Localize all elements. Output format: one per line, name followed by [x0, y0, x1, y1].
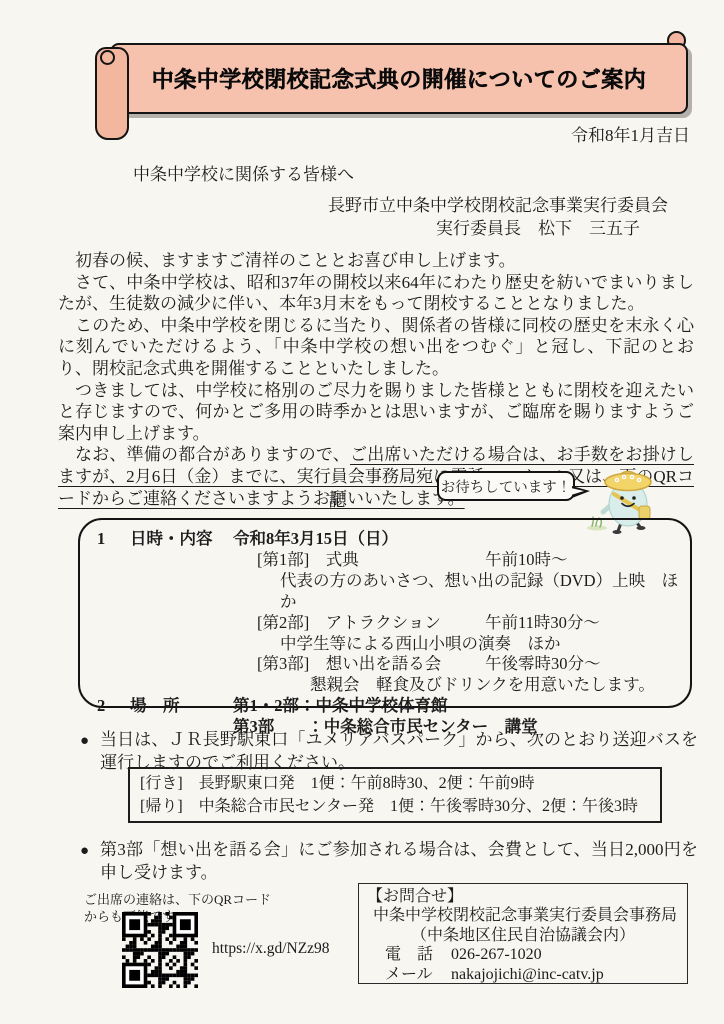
program-part-2: [第2部] アトラクション 午前11時30分～ — [257, 613, 684, 634]
event-date: 令和8年3月15日（日） — [233, 529, 398, 550]
paragraph-history: さて、中条中学校は、昭和37年の開校以来64年にわたり歴史を紡いでまいりましたが… — [58, 272, 694, 315]
contact-office: 中条中学校閉校記念事業実行委員会事務局 — [367, 906, 679, 925]
schedule-item-venue: 2 場 所 第1・2部：中条中学校体育館 — [97, 696, 684, 717]
mail-address: nakajojichi@inc-catv.jp — [451, 965, 604, 984]
program-part-3: [第3部] 想い出を語る会 午後零時30分～ — [257, 654, 684, 675]
program-part-1-detail: 代表の方のあいさつ、想い出の記録（DVD）上映 ほか — [280, 571, 684, 613]
paragraph-purpose: このため、中条中学校を閉じるに当たり、関係者の皆様に同校の歴史を末永く心に刻んで… — [58, 315, 694, 380]
bus-going-line: [行き] 長野駅東口発 1便：午前8時30、2便：午前9時 — [140, 772, 650, 795]
scroll-left-curl — [95, 47, 129, 140]
item-label: 日時・内容 — [130, 529, 233, 550]
venue-line-1: 第1・2部：中条中学校体育館 — [233, 696, 448, 717]
phone-number: 026-267-1020 — [451, 945, 542, 964]
part-name: [第3部] 想い出を語る会 — [257, 654, 485, 675]
program-part-1: [第1部] 式典 午前10時～ — [257, 550, 684, 571]
schedule-item-datetime: 1 日時・内容 令和8年3月15日（日） — [97, 529, 684, 550]
contact-mail-row: メール nakajojichi@inc-catv.jp — [367, 965, 679, 984]
mail-label: メール — [385, 965, 437, 984]
paragraph-invitation: つきましては、中学校に格別のご尽力を賜りました皆様とともに閉校を迎えたいと存じま… — [58, 380, 694, 445]
sender-block: 長野市立中条中学校閉校記念事業実行委員会 実行委員長 松下 三五子 — [328, 194, 668, 240]
item-number: 1 — [97, 529, 130, 550]
scanned-notice-page: 中条中学校閉校記念式典の開催についてのご案内 令和8年1月吉日 中条中学校に関係… — [0, 0, 724, 1024]
part-name: [第2部] アトラクション — [257, 613, 485, 634]
qr-code — [122, 912, 198, 988]
schedule-box: 1 日時・内容 令和8年3月15日（日） [第1部] 式典 午前10時～ 代表の… — [78, 518, 692, 708]
page-title: 中条中学校閉校記念式典の開催についてのご案内 — [152, 63, 647, 94]
bus-schedule-box: [行き] 長野駅東口発 1便：午前8時30、2便：午前9時 [帰り] 中条総合市… — [128, 767, 662, 823]
qr-url: https://x.gd/NZz98 — [212, 940, 330, 958]
item-label: 場 所 — [130, 696, 233, 717]
issue-date: 令和8年1月吉日 — [571, 121, 690, 146]
speech-bubble-text: お待ちしています！ — [441, 476, 572, 497]
sender-organization: 長野市立中条中学校閉校記念事業実行委員会 — [328, 194, 668, 217]
program-part-2-detail: 中学生等による西山小唄の演奏 ほか — [280, 634, 684, 655]
phone-label: 電 話 — [385, 945, 437, 964]
part-name: [第1部] 式典 — [257, 550, 485, 571]
contact-heading: 【お問合せ】 — [367, 887, 679, 906]
bullet-icon: ● — [80, 729, 100, 774]
program-part-3-detail: 懇親会 軽食及びドリンクを用意いたします。 — [310, 675, 684, 696]
title-banner: 中条中学校閉校記念式典の開催についてのご案内 — [110, 43, 688, 114]
contact-office-sub: （中条地区住民自治協議会内） — [367, 926, 679, 945]
bullet-icon: ● — [80, 839, 100, 884]
speech-bubble: お待ちしています！ — [437, 471, 575, 501]
part-time: 午後零時30分～ — [485, 654, 601, 675]
paragraph-greeting: 初春の候、ますますご清祥のこととお喜び申し上げます。 — [58, 250, 694, 272]
rsvp-plain-text: なお、準備の都合がありますので、 — [75, 445, 350, 464]
part-time: 午前11時30分～ — [485, 613, 600, 634]
part-time: 午前10時～ — [485, 550, 568, 571]
item-number: 2 — [97, 696, 130, 717]
salutation: 中条中学校に関係する皆様へ — [133, 160, 354, 185]
contact-phone-row: 電 話 026-267-1020 — [367, 945, 679, 964]
bus-return-line: [帰り] 中条総合市民センター発 1便：午後零時30分、2便：午後3時 — [140, 795, 650, 818]
sender-signer: 実行委員長 松下 三五子 — [328, 217, 668, 240]
contact-box: 【お問合せ】 中条中学校閉校記念事業実行委員会事務局 （中条地区住民自治協議会内… — [358, 883, 688, 984]
fee-note-text: 第3部「想い出を語る会」にご参加される場合は、会費として、当日2,000円を申し… — [100, 839, 698, 884]
fee-note: ● 第3部「想い出を語る会」にご参加される場合は、会費として、当日2,000円を… — [80, 839, 698, 884]
